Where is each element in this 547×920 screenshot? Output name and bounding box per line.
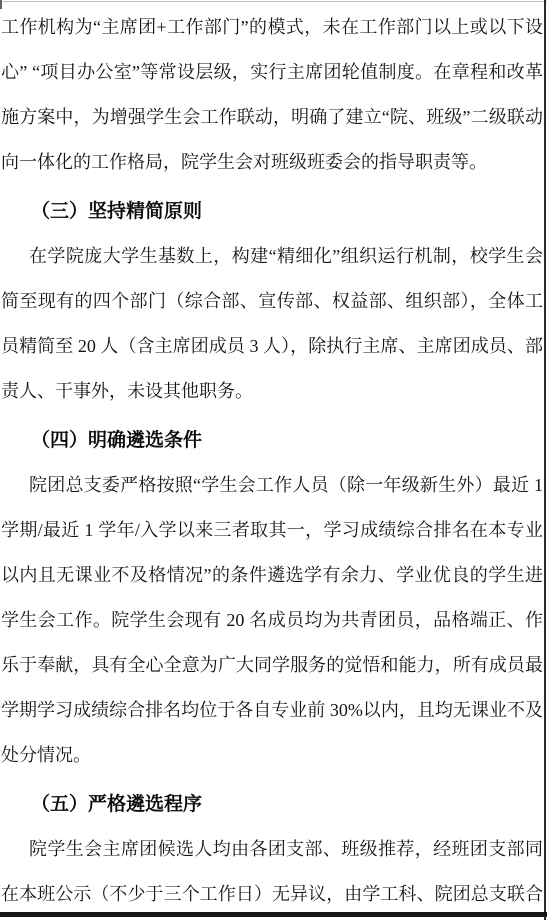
text-line: 学生会工作。院学生会现有 20 名成员均为共青团员，品格端正、作风务实、 [1, 598, 543, 643]
text-line: 简至现有的四个部门（综合部、宣传部、权益部、组织部），全体工作人 [1, 279, 543, 324]
section-heading: （五）严格遴选程序 [1, 782, 543, 827]
text-line: 学期/最近 1 学年/入学以来三者取其一，学习成绩综合排名在本专业前 30% [1, 508, 543, 553]
right-border-line [544, 0, 546, 920]
text-line: 向一体化的工作格局，院学生会对班级班委会的指导职责等。 [1, 140, 543, 185]
text-line: 员精简至 20 人（含主席团成员 3 人），除执行主席、主席团成员、部门负 [1, 324, 543, 369]
text-line: 施方案中，为增强学生会工作联动，明确了建立“院、班级”二级联动纵 [1, 95, 543, 140]
text-line: 在学院庞大学生基数上，构建“精细化”组织运行机制，校学生会精 [1, 234, 543, 279]
bottom-border-line [0, 912, 547, 917]
text-line: 责人、干事外，未设其他职务。 [1, 369, 543, 414]
top-left-corner-mark [0, 0, 2, 9]
text-line: 以内且无课业不及格情况”的条件遴选学有余力、学业优良的学生进入院 [1, 553, 543, 598]
text-line: 处分情况。 [1, 733, 543, 778]
section-heading: （三）坚持精简原则 [1, 189, 543, 234]
text-line: 工作机构为“主席团+工作部门”的模式，未在工作部门以上或以下设置“中 [1, 5, 543, 50]
text-line: 在本班公示（不少于三个工作日）无异议，由学工科、院团总支联合审查 [1, 872, 543, 917]
text-line: 心” “项目办公室”等常设层级，实行主席团轮值制度。在章程和改革实 [1, 50, 543, 95]
section-heading: （四）明确遴选条件 [1, 418, 543, 463]
text-line: 乐于奉献，具有全心全意为广大同学服务的觉悟和能力，所有成员最近一 [1, 643, 543, 688]
text-line: 院学生会主席团候选人均由各团支部、班级推荐，经班团支部同意并 [1, 827, 543, 872]
text-line: 院团总支委严格按照“学生会工作人员（除一年级新生外）最近 1 个 [1, 463, 543, 508]
text-line: 学期学习成绩综合排名均位于各自专业前 30%以内，且均无课业不及格及受 [1, 688, 543, 733]
top-border-line [0, 1, 547, 2]
document-page: 工作机构为“主席团+工作部门”的模式，未在工作部门以上或以下设置“中心” “项目… [0, 0, 547, 920]
document-text-block: 工作机构为“主席团+工作部门”的模式，未在工作部门以上或以下设置“中心” “项目… [1, 5, 543, 917]
